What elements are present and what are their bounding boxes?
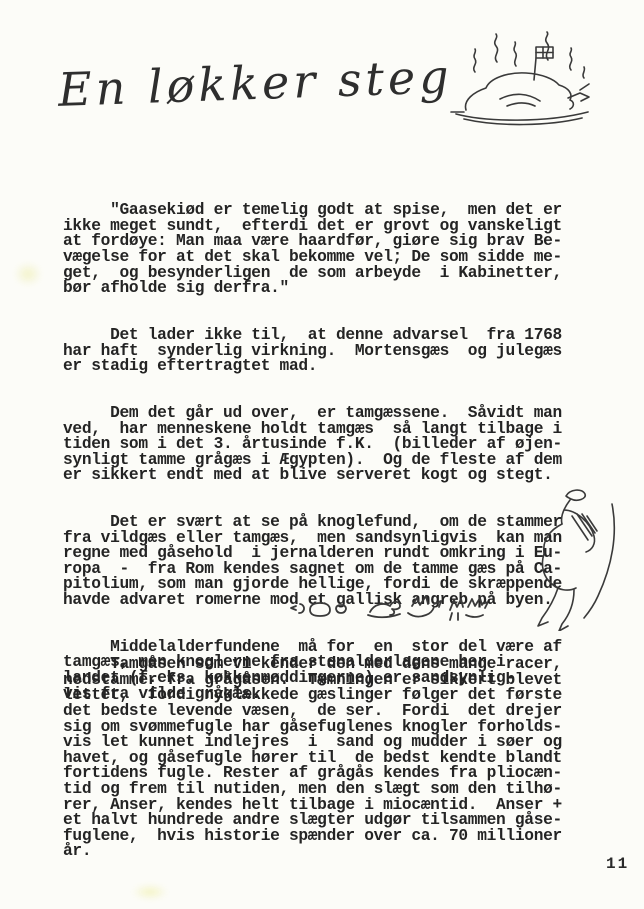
paragraph-3: Dem det går ud over, er tamgæssene. Såvi… — [63, 406, 562, 484]
paper-stain — [132, 884, 168, 900]
paper-stain — [14, 262, 42, 286]
paragraph-6: Tamgåsen som vi kender den med dens mang… — [63, 657, 562, 860]
roast-goose-drawing-icon — [450, 24, 602, 134]
scanned-document-page: En løkker steg "Gaasekiød er temelig god… — [0, 0, 644, 909]
goose-doodles-icon — [288, 590, 488, 622]
goose-sketch-icon — [500, 486, 640, 631]
page-title: En løkker steg — [57, 49, 453, 117]
page-number: 11 — [606, 855, 629, 873]
article-bottom: Tamgåsen som vi kender den med dens mang… — [63, 626, 562, 891]
paragraph-2: Det lader ikke til, at denne advarsel fr… — [63, 328, 562, 375]
paragraph-1: "Gaasekiød er temelig godt at spise, men… — [63, 203, 562, 297]
